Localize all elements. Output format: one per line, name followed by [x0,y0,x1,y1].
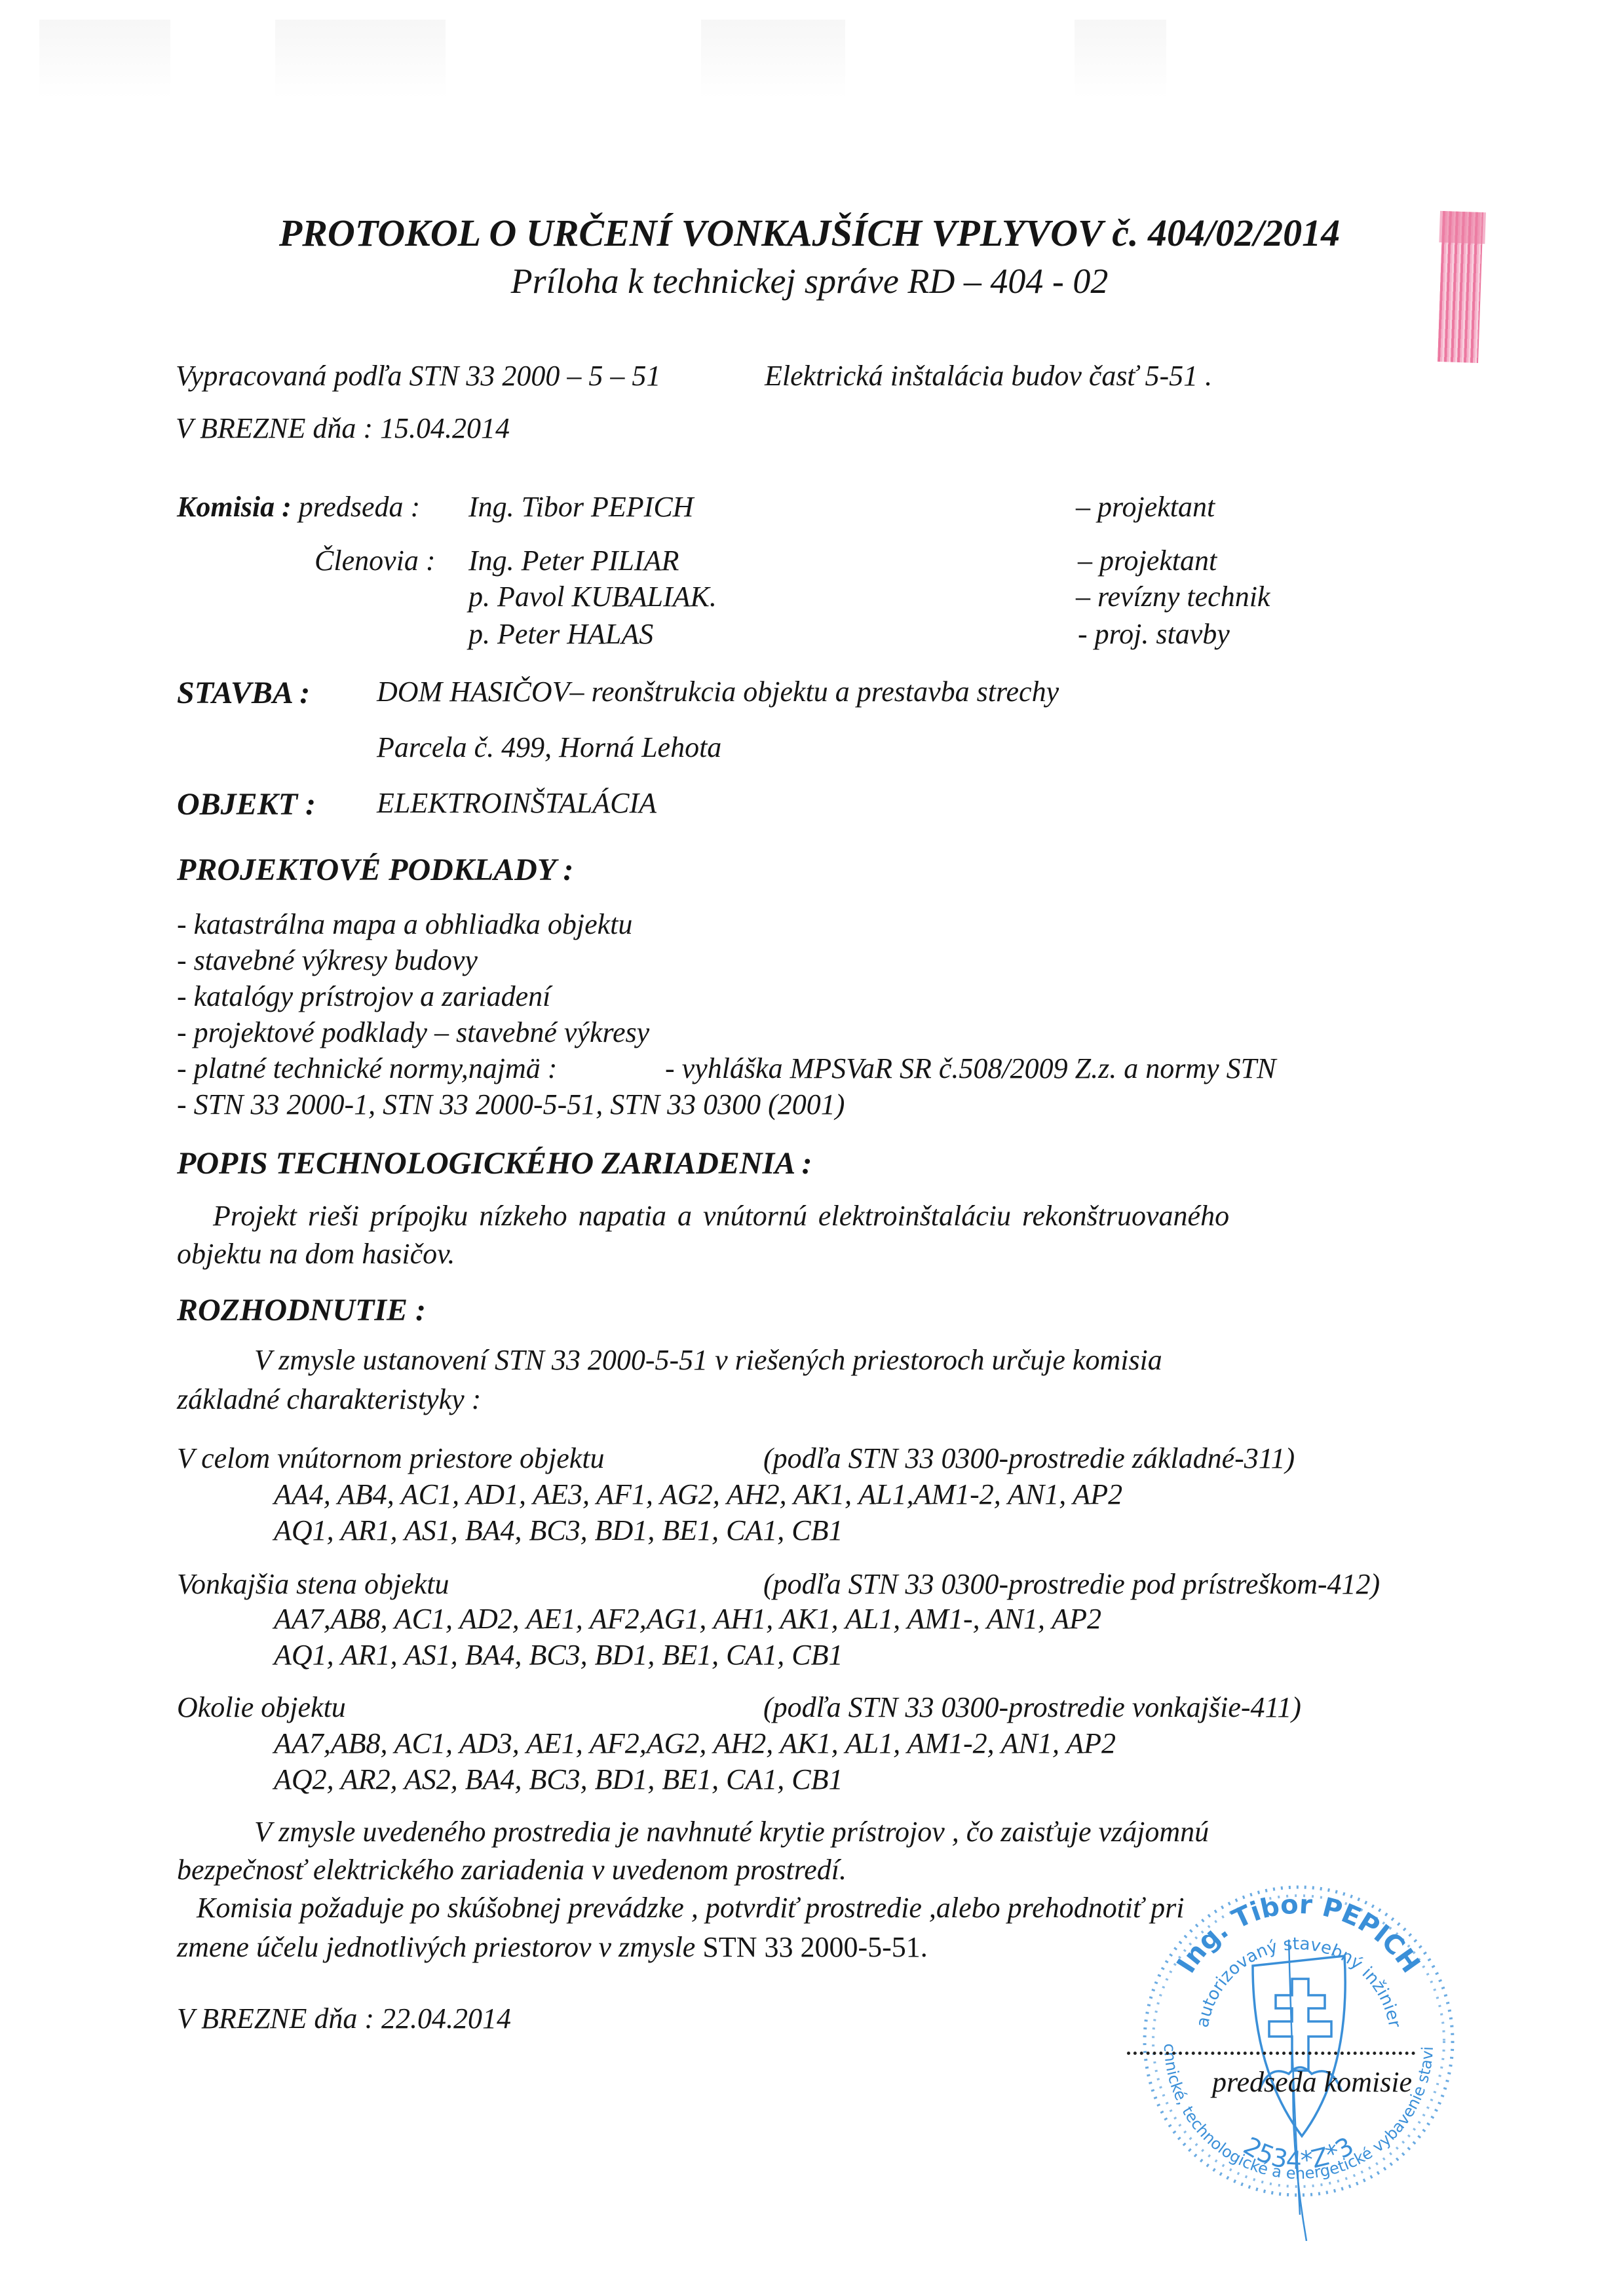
member-role: - proj. stavby [1078,617,1230,651]
project-docs-heading: PROJEKTOVÉ PODKLADY : [177,852,573,888]
environment-name: V celom vnútornom priestore objektu [177,1442,605,1475]
project-doc-extra: - vyhláška MPSVaR SR č.508/2009 Z.z. a n… [665,1052,1276,1085]
environment-norm: (podľa STN 33 0300-prostredie pod prístr… [763,1567,1380,1601]
building-label: STAVBA : [177,675,310,711]
project-doc-item: - katastrálna mapa a obhliadka objektu [177,908,632,941]
official-stamp: Ing. Tibor PEPICH autorizovaný stavebný … [1128,1874,1469,2241]
member-name: Ing. Peter PILIAR [468,544,679,577]
environment-codes: AA7,AB8, AC1, AD3, AE1, AF2,AG2, AH2, AK… [274,1727,1116,1760]
signature-line [1127,2052,1415,2055]
environment-norm: (podľa STN 33 0300-prostredie základné-3… [763,1442,1295,1475]
object-label: OBJEKT : [177,786,316,822]
environment-name: Vonkajšia stena objektu [177,1567,449,1601]
document-page: 1 PROTOKOL O URČENÍ VONKAJŠÍCH VPLYVOV č… [0,0,1619,2296]
decision-request: Komisia požaduje po skúšobnej prevádzke … [197,1891,1185,1924]
commission-label: Komisia : [177,491,292,523]
commission-chair-row: Komisia : predseda : [177,490,420,524]
chair-name: Ing. Tibor PEPICH [468,490,693,524]
stamp-top-text: Ing. Tibor PEPICH [1171,1890,1426,1979]
place-date-prepared: V BREZNE dňa : 15.04.2014 [176,411,510,445]
project-doc-item: - STN 33 2000-1, STN 33 2000-5-51, STN 3… [177,1088,845,1121]
tech-description-heading: POPIS TECHNOLOGICKÉHO ZARIADENIA : [177,1145,812,1181]
norm-description: Elektrická inštalácia budov časť 5-51 . [765,359,1212,392]
members-label: Členovia : [314,544,436,577]
member-name: p. Pavol KUBALIAK. [468,580,717,613]
member-role: – projektant [1078,544,1217,577]
tech-description-line: Projekt rieši prípojku nízkeho napatia a… [213,1199,1229,1233]
environment-name: Okolie objektu [177,1691,346,1724]
decision-intro: V zmysle ustanovení STN 33 2000-5-51 v r… [254,1343,1162,1377]
signature-label: predseda komisie [1212,2065,1412,2099]
scan-artifact [275,20,446,98]
coat-of-arms-icon [1253,1956,1345,2136]
member-name: p. Peter HALAS [468,617,653,651]
document-title: PROTOKOL O URČENÍ VONKAJŠÍCH VPLYVOV č. … [0,211,1619,255]
project-doc-item: - platné technické normy,najmä : [177,1052,557,1085]
decision-request-line2: zmene účelu jednotlivých priestorov v zm… [177,1930,928,1964]
object-value: ELEKTROINŠTALÁCIA [377,786,657,820]
project-doc-item: - katalógy prístrojov a zariadení [177,980,550,1013]
decision-request-norm: STN 33 2000-5-51. [702,1931,927,1963]
building-parcel: Parcela č. 499, Horná Lehota [377,731,721,764]
environment-codes: AA7,AB8, AC1, AD2, AE1, AF2,AG1, AH1, AK… [274,1602,1101,1636]
decision-request-text: zmene účelu jednotlivých priestorov v zm… [177,1931,702,1963]
scan-artifact [1075,20,1166,98]
chair-label: predseda : [299,491,420,523]
scan-artifact [701,20,845,98]
prepared-by-norm: Vypracovaná podľa STN 33 2000 – 5 – 51 [176,359,660,392]
project-doc-item: - stavebné výkresy budovy [177,944,478,977]
tech-description-line: objektu na dom hasičov. [177,1237,455,1271]
svg-text:Ing. Tibor PEPICH: Ing. Tibor PEPICH [1171,1890,1426,1979]
decision-conclusion: V zmysle uvedeného prostredia je navhnut… [254,1815,1209,1848]
environment-codes: AQ1, AR1, AS1, BA4, BC3, BD1, BE1, CA1, … [274,1638,843,1672]
environment-codes: AQ2, AR2, AS2, BA4, BC3, BD1, BE1, CA1, … [274,1763,843,1796]
building-value: DOM HASIČOV– reonštrukcia objektu a pres… [377,675,1059,708]
stamp-inner-text: autorizovaný stavebný inžinier [1193,1934,1405,2029]
environment-codes: AQ1, AR1, AS1, BA4, BC3, BD1, BE1, CA1, … [274,1514,843,1547]
environment-codes: AA4, AB4, AC1, AD1, AE3, AF1, AG2, AH2, … [274,1478,1122,1511]
member-role: – revízny technik [1076,580,1270,613]
decision-heading: ROZHODNUTIE : [177,1292,426,1328]
scan-artifact [39,20,170,98]
place-date-signed: V BREZNE dňa : 22.04.2014 [177,2002,511,2035]
document-subtitle: Príloha k technickej správe RD – 404 - 0… [0,261,1619,301]
decision-intro: základné charakteristyky : [177,1383,481,1416]
decision-conclusion: bezpečnosť elektrického zariadenia v uve… [177,1853,847,1886]
svg-text:autorizovaný stavebný inžinier: autorizovaný stavebný inžinier [1193,1934,1405,2029]
chair-role: – projektant [1076,490,1215,524]
environment-norm: (podľa STN 33 0300-prostredie vonkajšie-… [763,1691,1301,1724]
project-doc-item: - projektové podklady – stavebné výkresy [177,1016,649,1049]
